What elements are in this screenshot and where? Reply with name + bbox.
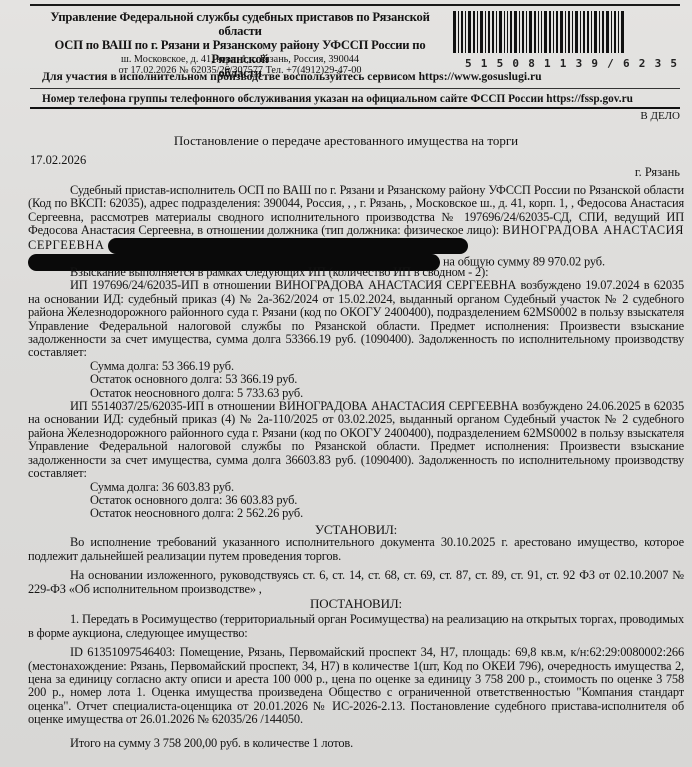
intro-section: Судебный пристав-исполнитель ОСП по ВАШ …: [28, 184, 684, 271]
principal-remaining: Остаток основного долга: 36 603.83 руб.: [90, 494, 684, 507]
principal-remaining: Остаток основного долга: 53 366.19 руб.: [90, 373, 684, 386]
intro-paragraph: Судебный пристав-исполнитель ОСП по ВАШ …: [28, 184, 684, 254]
phone-notice: Номер телефона группы телефонного обслуж…: [42, 93, 633, 105]
non-principal-remaining: Остаток неосновного долга: 2 562.26 руб.: [90, 507, 684, 520]
document-title: Постановление о передаче арестованного и…: [0, 133, 692, 149]
resolved-total: Итого на сумму 3 758 200,00 руб. в колич…: [28, 737, 684, 750]
org-address: ш. Московское, д. 41, корп. 1, г. Рязань…: [30, 54, 450, 65]
legal-basis: На основании изложенного, руководствуясь…: [28, 569, 684, 596]
filing-mark: В ДЕЛО: [640, 110, 680, 122]
document-city: г. Рязань: [635, 165, 680, 180]
proceeding-1-amounts: Сумма долга: 53 366.19 руб. Остаток осно…: [28, 360, 684, 400]
resolved-section: ПОСТАНОВИЛ: 1. Передать в Росимущество (…: [28, 597, 684, 750]
gosuslugi-notice: Для участия в исполнительном производств…: [42, 70, 542, 83]
resolved-item-1: 1. Передать в Росимущество (территориаль…: [28, 613, 684, 640]
header-top-rule: [30, 4, 680, 6]
non-principal-remaining: Остаток неосновного долга: 5 733.63 руб.: [90, 387, 684, 400]
established-text: Во исполнение требований указанного испо…: [28, 536, 684, 563]
proceeding-2-amounts: Сумма долга: 36 603.83 руб. Остаток осно…: [28, 481, 684, 521]
header-bottom-rule: [30, 107, 680, 109]
proceeding-1: ИП 197696/24/62035-ИП в отношении ВИНОГР…: [28, 279, 684, 359]
property-description: ID 61351097546403: Помещение, Рязань, Пе…: [28, 646, 684, 726]
debt-sum: Сумма долга: 53 366.19 руб.: [90, 360, 684, 373]
barcode-number: 5 1 5 0 8 1 1 3 9 / 6 2 3 5: [465, 57, 677, 70]
document-date: 17.02.2026: [30, 153, 86, 168]
org-line-1: Управление Федеральной службы судебных п…: [30, 10, 450, 38]
proceedings-section: Взыскание выполняется в рамках следующих…: [28, 266, 684, 521]
header-rule: [30, 88, 680, 89]
resolved-heading: ПОСТАНОВИЛ:: [28, 597, 684, 610]
redacted-block: [108, 238, 468, 254]
proceeding-2: ИП 5514037/25/62035-ИП в отношении ВИНОГ…: [28, 400, 684, 480]
barcode: 5 1 5 0 8 1 1 3 9 / 6 2 3 5: [453, 11, 678, 61]
document-page: Управление Федеральной службы судебных п…: [0, 0, 692, 767]
proceedings-summary: Взыскание выполняется в рамках следующих…: [28, 266, 684, 279]
debt-sum: Сумма долга: 36 603.83 руб.: [90, 481, 684, 494]
established-heading: УСТАНОВИЛ:: [28, 523, 684, 536]
established-section: УСТАНОВИЛ: Во исполнение требований указ…: [28, 523, 684, 596]
barcode-bars-icon: [453, 11, 678, 53]
